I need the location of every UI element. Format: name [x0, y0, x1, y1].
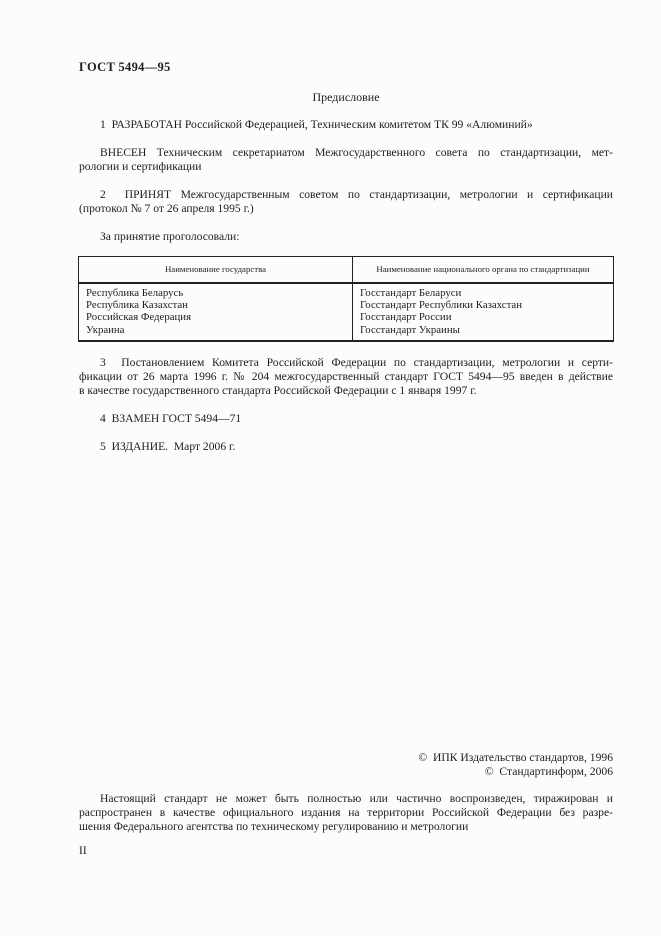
paragraph-line: 2 ПРИНЯТ Межгосударственным советом по с… [79, 188, 613, 202]
table-row: Украина Госстандарт Украины [79, 324, 614, 341]
paragraph-line: фикации от 26 марта 1996 г. № 204 межгос… [79, 370, 613, 384]
paragraph-adopted: 2 ПРИНЯТ Межгосударственным советом по с… [79, 188, 613, 216]
paragraph-developed: 1 РАЗРАБОТАН Российской Федерацией, Техн… [79, 118, 613, 132]
org-cell: Госстандарт Беларуси [353, 283, 614, 299]
state-cell: Республика Казахстан [79, 299, 353, 311]
state-cell: Республика Беларусь [79, 283, 353, 299]
vote-table-header-org: Наименование национального органа по ста… [353, 257, 614, 284]
paragraph-line: ВНЕСЕН Техническим секретариатом Межгосу… [79, 146, 613, 160]
document-page: ГОСТ 5494—95 Предисловие 1 РАЗРАБОТАН Ро… [0, 0, 661, 936]
paragraph-line: 3 Постановлением Комитета Российской Фед… [79, 356, 613, 370]
paragraph-line: 1 РАЗРАБОТАН Российской Федерацией, Техн… [79, 118, 613, 132]
paragraph-line: За принятие проголосовали: [79, 230, 613, 244]
org-cell: Госстандарт России [353, 311, 614, 323]
page-number: II [79, 845, 87, 858]
paragraph-line: Настоящий стандарт не может быть полност… [79, 792, 613, 806]
paragraph-replaces: 4 ВЗАМЕН ГОСТ 5494—71 [79, 412, 613, 426]
preface-heading: Предисловие [79, 90, 613, 104]
doc-code: ГОСТ 5494—95 [79, 60, 613, 75]
paragraph-vote-intro: За принятие проголосовали: [79, 230, 613, 244]
paragraph-submitted: ВНЕСЕН Техническим секретариатом Межгосу… [79, 146, 613, 174]
state-cell: Российская Федерация [79, 311, 353, 323]
vote-table-header-state: Наименование государства [79, 257, 353, 284]
table-row: Республика Беларусь Госстандарт Беларуси [79, 283, 614, 299]
paragraph-line: рологии и сертификации [79, 160, 613, 174]
vote-table: Наименование государства Наименование на… [78, 256, 614, 342]
paragraph-line: в качестве государственного стандарта Ро… [79, 384, 613, 398]
paragraph-line: 4 ВЗАМЕН ГОСТ 5494—71 [79, 412, 613, 426]
copyright-line-2: © Стандартинформ, 2006 [79, 765, 613, 779]
copyright-line-1: © ИПК Издательство стандартов, 1996 [79, 751, 613, 765]
copyright-block: © ИПК Издательство стандартов, 1996 © Ст… [79, 751, 613, 779]
paragraph-line: (протокол № 7 от 26 апреля 1995 г.) [79, 202, 613, 216]
org-cell: Госстандарт Украины [353, 324, 614, 341]
paragraph-enacted: 3 Постановлением Комитета Российской Фед… [79, 356, 613, 398]
disclaimer-paragraph: Настоящий стандарт не может быть полност… [79, 792, 613, 834]
paragraph-line: шения Федерального агентства по техничес… [79, 820, 613, 834]
paragraph-line: 5 ИЗДАНИЕ. Март 2006 г. [79, 440, 613, 454]
paragraph-line: распространен в качестве официального из… [79, 806, 613, 820]
table-row: Российская Федерация Госстандарт России [79, 311, 614, 323]
table-row: Республика Казахстан Госстандарт Республ… [79, 299, 614, 311]
paragraph-edition: 5 ИЗДАНИЕ. Март 2006 г. [79, 440, 613, 454]
table-header-row: Наименование государства Наименование на… [79, 257, 614, 284]
state-cell: Украина [79, 324, 353, 341]
org-cell: Госстандарт Республики Казахстан [353, 299, 614, 311]
